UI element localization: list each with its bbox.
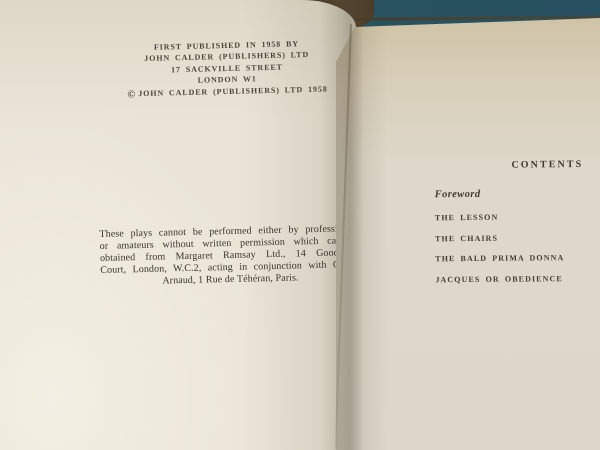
- contents-item: THE BALD PRIMA DONNA: [435, 253, 564, 263]
- photo-open-book: FIRST PUBLISHED IN 1958 BY JOHN CALDER (…: [0, 0, 600, 450]
- copyright-icon: ©: [127, 89, 135, 100]
- right-page: CONTENTS Foreword THE LESSON THE CHAIRS …: [336, 14, 600, 450]
- contents-heading: CONTENTS: [511, 159, 583, 171]
- contents-item: THE LESSON: [435, 213, 499, 223]
- performance-notice: These plays cannot be performed either b…: [99, 223, 360, 289]
- copyright-text: JOHN CALDER (PUBLISHERS) LTD 1958: [138, 84, 328, 98]
- contents-item: THE CHAIRS: [435, 234, 498, 244]
- contents-page-content: CONTENTS Foreword THE LESSON THE CHAIRS …: [334, 13, 600, 450]
- imprint-block: FIRST PUBLISHED IN 1958 BY JOHN CALDER (…: [111, 37, 342, 101]
- contents-item: Foreword: [435, 189, 481, 200]
- contents-item: JACQUES OR OBEDIENCE: [435, 274, 562, 284]
- left-page: FIRST PUBLISHED IN 1958 BY JOHN CALDER (…: [0, 0, 356, 450]
